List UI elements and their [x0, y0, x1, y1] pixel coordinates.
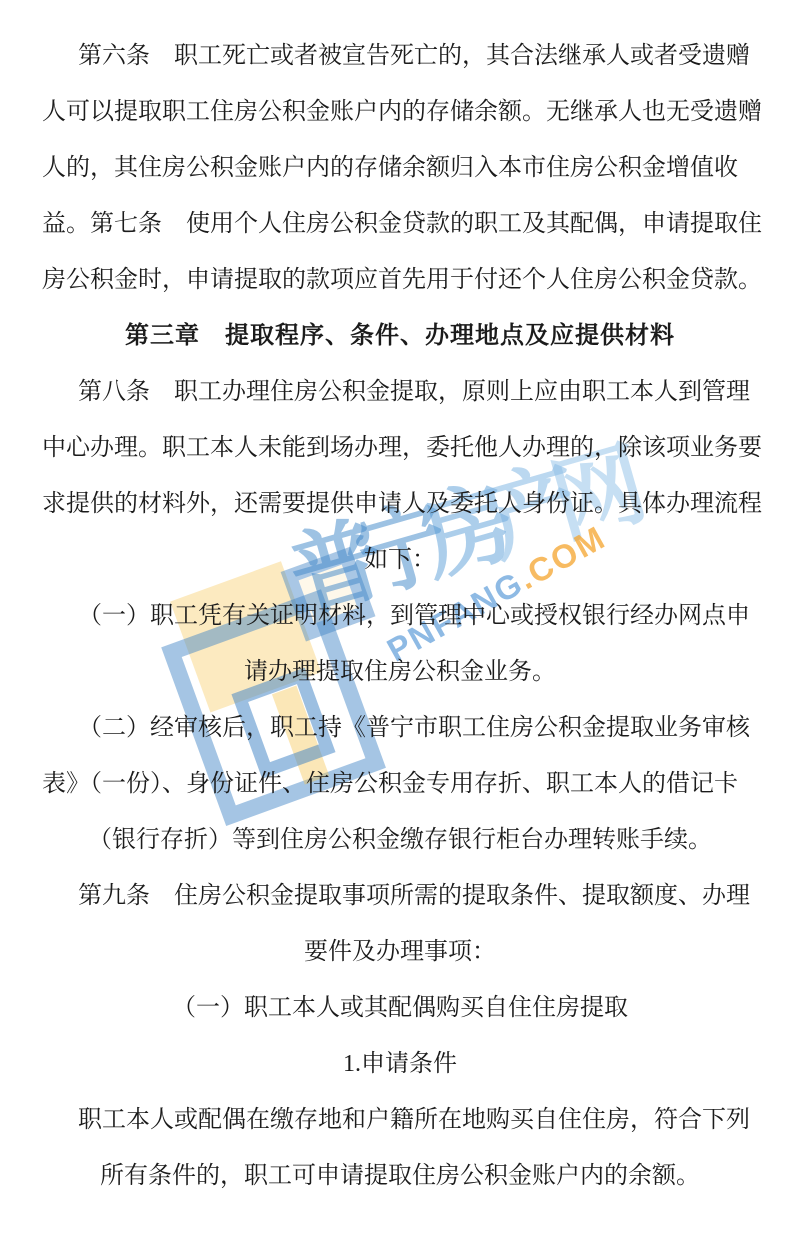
- doc-line: 请办理提取住房公积金业务。: [42, 644, 758, 700]
- doc-line: （银行存折）等到住房公积金缴存银行柜台办理转账手续。: [42, 812, 758, 868]
- document-page: 普宁房产网 PNFANG.COM 第六条 职工死亡或者被宣告死亡的，其合法继承人…: [0, 0, 800, 1240]
- doc-line: 表》（一份）、身份证件、住房公积金专用存折、职工本人的借记卡: [42, 756, 758, 812]
- doc-line: 如下：: [42, 532, 758, 588]
- doc-line: 第八条 职工办理住房公积金提取，原则上应由职工本人到管理: [42, 364, 758, 420]
- doc-line: 第九条 住房公积金提取事项所需的提取条件、提取额度、办理: [42, 868, 758, 924]
- doc-line: 求提供的材料外，还需要提供申请人及委托人身份证。具体办理流程: [42, 476, 758, 532]
- doc-line: 第六条 职工死亡或者被宣告死亡的，其合法继承人或者受遗赠: [42, 28, 758, 84]
- doc-line: 益。第七条 使用个人住房公积金贷款的职工及其配偶，申请提取住: [42, 196, 758, 252]
- doc-line: 要件及办理事项：: [42, 924, 758, 980]
- doc-line: 人的，其住房公积金账户内的存储余额归入本市住房公积金增值收: [42, 140, 758, 196]
- doc-line: 所有条件的，职工可申请提取住房公积金账户内的余额。: [42, 1148, 758, 1204]
- doc-line: 房公积金时，申请提取的款项应首先用于付还个人住房公积金贷款。: [42, 252, 758, 308]
- doc-line: 1.申请条件: [42, 1036, 758, 1092]
- doc-line: （二）经审核后，职工持《普宁市职工住房公积金提取业务审核: [42, 700, 758, 756]
- doc-line: （一）职工凭有关证明材料，到管理中心或授权银行经办网点申: [42, 588, 758, 644]
- doc-line: 职工本人或配偶在缴存地和户籍所在地购买自住住房，符合下列: [42, 1092, 758, 1148]
- doc-line: （一）职工本人或其配偶购买自住住房提取: [42, 980, 758, 1036]
- document-body: 第六条 职工死亡或者被宣告死亡的，其合法继承人或者受遗赠人可以提取职工住房公积金…: [0, 0, 800, 1204]
- doc-line: 中心办理。职工本人未能到场办理，委托他人办理的，除该项业务要: [42, 420, 758, 476]
- section-heading: 第三章 提取程序、条件、办理地点及应提供材料: [42, 308, 758, 364]
- doc-line: 人可以提取职工住房公积金账户内的存储余额。无继承人也无受遗赠: [42, 84, 758, 140]
